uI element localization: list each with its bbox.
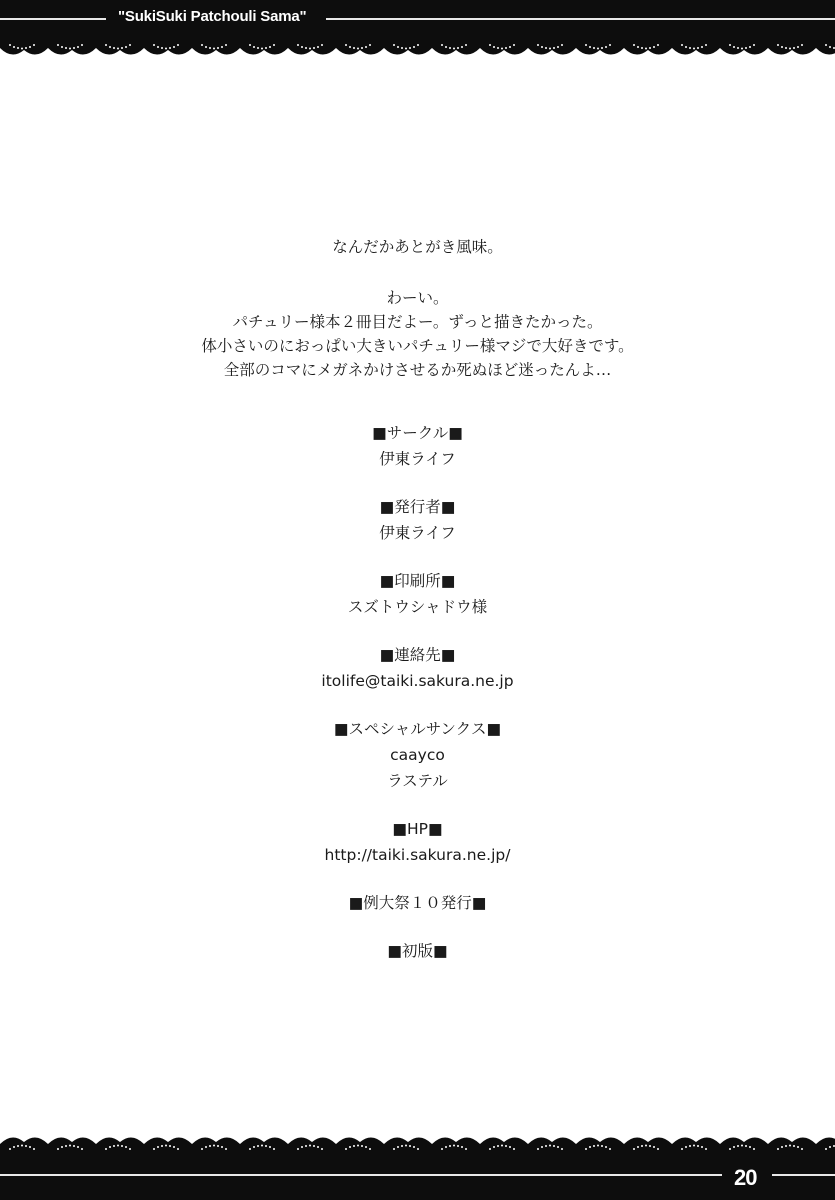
section-label: ■例大祭１０発行■ (0, 890, 835, 916)
section-label: ■連絡先■ (0, 642, 835, 668)
section-value: ラステル (0, 768, 835, 794)
colophon-event: ■例大祭１０発行■ (0, 890, 835, 916)
footer-band (0, 1152, 835, 1200)
book-title: "SukiSuki Patchouli Sama" (118, 8, 306, 25)
afterword: なんだかあとがき風味。 わーい。 パチュリー様本２冊目だよー。ずっと描きたかった… (0, 235, 835, 382)
afterword-heading: なんだかあとがき風味。 (0, 235, 835, 259)
section-value: caayco (0, 742, 835, 768)
section-label: ■HP■ (0, 816, 835, 842)
contact-email: itolife@taiki.sakura.ne.jp (0, 668, 835, 694)
afterword-line: 体小さいのにおっぱい大きいパチュリー様マジで大好きです。 (0, 334, 835, 358)
footer-rule-left (0, 1174, 722, 1176)
section-label: ■初版■ (0, 938, 835, 964)
bottom-scallop-border (0, 1134, 835, 1154)
afterword-line: 全部のコマにメガネかけさせるか死ぬほど迷ったんよ… (0, 358, 835, 382)
footer-rule-right (772, 1174, 835, 1176)
section-label: ■発行者■ (0, 494, 835, 520)
header-rule-right (326, 18, 835, 20)
colophon-publisher: ■発行者■ 伊東ライフ (0, 494, 835, 546)
section-value: スズトウシャドウ様 (0, 594, 835, 620)
colophon-edition: ■初版■ (0, 938, 835, 964)
colophon-printer: ■印刷所■ スズトウシャドウ様 (0, 568, 835, 620)
section-value: 伊東ライフ (0, 520, 835, 546)
colophon: ■サークル■ 伊東ライフ ■発行者■ 伊東ライフ ■印刷所■ スズトウシャドウ様… (0, 420, 835, 986)
afterword-line: わーい。 (0, 286, 835, 310)
header-rule-left (0, 18, 106, 20)
section-label: ■印刷所■ (0, 568, 835, 594)
colophon-homepage: ■HP■ http://taiki.sakura.ne.jp/ (0, 816, 835, 868)
section-value: 伊東ライフ (0, 446, 835, 472)
section-label: ■サークル■ (0, 420, 835, 446)
afterword-line: パチュリー様本２冊目だよー。ずっと描きたかった。 (0, 310, 835, 334)
colophon-special-thanks: ■スペシャルサンクス■ caayco ラステル (0, 716, 835, 794)
section-label: ■スペシャルサンクス■ (0, 716, 835, 742)
top-scallop-border (0, 40, 835, 60)
page-number: 20 (734, 1165, 756, 1191)
homepage-url: http://taiki.sakura.ne.jp/ (0, 842, 835, 868)
colophon-circle: ■サークル■ 伊東ライフ (0, 420, 835, 472)
colophon-contact: ■連絡先■ itolife@taiki.sakura.ne.jp (0, 642, 835, 694)
